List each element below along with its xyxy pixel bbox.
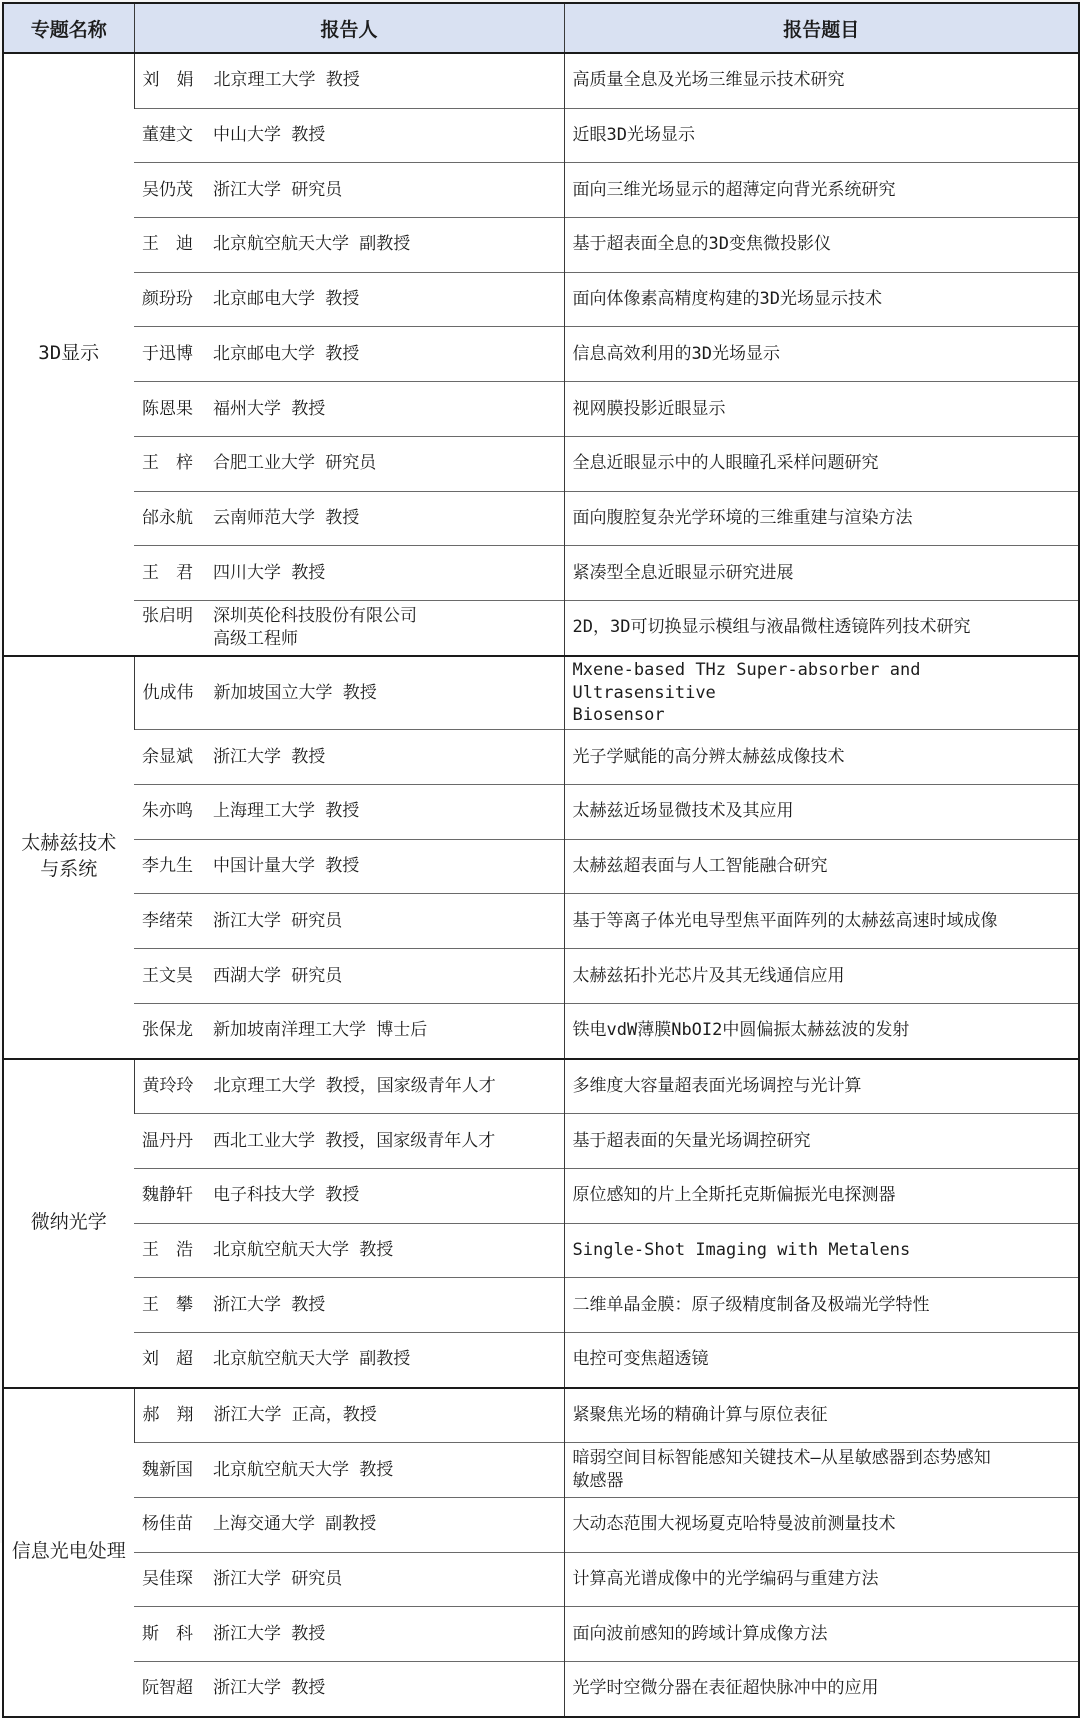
speaker-name: 吴仍茂 [142, 179, 193, 202]
talk-title: 视网膜投影近眼显示 [573, 398, 1073, 421]
talk-title: 面向腹腔复杂光学环境的三维重建与渲染方法 [573, 507, 1073, 530]
speaker-affiliation: 北京航空航天大学 副教授 [213, 1348, 410, 1371]
speaker-affiliation: 上海交通大学 副教授 [213, 1513, 376, 1536]
speaker-cell: 魏静轩电子科技大学 教授 [134, 1168, 564, 1223]
speaker-cell: 斯 科浙江大学 教授 [134, 1607, 564, 1662]
speaker-name: 温丹丹 [142, 1130, 193, 1153]
speaker-cell: 阮智超浙江大学 教授 [134, 1662, 564, 1717]
speaker-cell: 朱亦鸣上海理工大学 教授 [134, 785, 564, 840]
speaker-name: 王 浩 [142, 1239, 193, 1262]
talk-title: 基于超表面的矢量光场调控研究 [573, 1130, 1073, 1153]
table-row: 王文昊西湖大学 研究员太赫兹拓扑光芯片及其无线通信应用 [3, 949, 1079, 1004]
talk-title: 计算高光谱成像中的光学编码与重建方法 [573, 1568, 1073, 1591]
speaker-cell: 王 迪北京航空航天大学 副教授 [134, 218, 564, 273]
title-cell: 太赫兹超表面与人工智能融合研究 [564, 839, 1079, 894]
table-row: 吴仍茂浙江大学 研究员面向三维光场显示的超薄定向背光系统研究 [3, 163, 1079, 218]
speaker-cell: 颜玢玢北京邮电大学 教授 [134, 272, 564, 327]
table-row: 陈恩果福州大学 教授视网膜投影近眼显示 [3, 382, 1079, 437]
table-row: 颜玢玢北京邮电大学 教授面向体像素高精度构建的3D光场显示技术 [3, 272, 1079, 327]
speaker-name: 吴佳琛 [142, 1568, 193, 1591]
speaker-affiliation: 云南师范大学 教授 [213, 507, 359, 530]
speaker-name: 于迅博 [142, 343, 193, 366]
table-row: 董建文中山大学 教授近眼3D光场显示 [3, 108, 1079, 163]
speaker-cell: 张启明深圳英伦科技股份有限公司 高级工程师 [134, 600, 564, 655]
speaker-cell: 陈恩果福州大学 教授 [134, 382, 564, 437]
talk-title: Single-Shot Imaging with Metalens [573, 1239, 1073, 1262]
talk-title: 紧凑型全息近眼显示研究进展 [573, 562, 1073, 585]
column-header-topic: 专题名称 [3, 3, 134, 53]
title-cell: 太赫兹近场显微技术及其应用 [564, 785, 1079, 840]
talk-title: 信息高效利用的3D光场显示 [573, 343, 1073, 366]
talk-title: 高质量全息及光场三维显示技术研究 [573, 69, 1073, 92]
speaker-affiliation: 浙江大学 教授 [213, 1294, 325, 1317]
column-header-title: 报告题目 [564, 3, 1079, 53]
section-name: 太赫兹技术 与系统 [3, 656, 134, 1059]
speaker-cell: 吴仍茂浙江大学 研究员 [134, 163, 564, 218]
speaker-name: 王 君 [142, 562, 193, 585]
speaker-cell: 王 梓合肥工业大学 研究员 [134, 436, 564, 491]
talk-title: 面向三维光场显示的超薄定向背光系统研究 [573, 179, 1073, 202]
speaker-cell: 李九生中国计量大学 教授 [134, 839, 564, 894]
title-cell: 紧凑型全息近眼显示研究进展 [564, 546, 1079, 601]
speaker-name: 王文昊 [142, 965, 193, 988]
talk-title: 面向波前感知的跨域计算成像方法 [573, 1623, 1073, 1646]
speaker-affiliation: 北京邮电大学 教授 [213, 343, 359, 366]
speaker-name: 魏静轩 [142, 1184, 193, 1207]
speaker-name: 朱亦鸣 [142, 800, 193, 823]
talk-title: 原位感知的片上全斯托克斯偏振光电探测器 [573, 1184, 1073, 1207]
speaker-cell: 董建文中山大学 教授 [134, 108, 564, 163]
speaker-affiliation: 深圳英伦科技股份有限公司 高级工程师 [213, 605, 417, 651]
title-cell: 紧聚焦光场的精确计算与原位表征 [564, 1388, 1079, 1443]
speaker-affiliation: 浙江大学 教授 [213, 1677, 325, 1700]
speaker-cell: 李绪荣浙江大学 研究员 [134, 894, 564, 949]
title-cell: 近眼3D光场显示 [564, 108, 1079, 163]
table-row: 微纳光学黄玲玲北京理工大学 教授，国家级青年人才多维度大容量超表面光场调控与光计… [3, 1059, 1079, 1114]
table-row: 李九生中国计量大学 教授太赫兹超表面与人工智能融合研究 [3, 839, 1079, 894]
table-row: 3D显示刘 娟北京理工大学 教授高质量全息及光场三维显示技术研究 [3, 53, 1079, 108]
speaker-name: 李九生 [142, 855, 193, 878]
talk-title: 2D，3D可切换显示模组与液晶微柱透镜阵列技术研究 [573, 616, 1073, 639]
title-cell: 光子学赋能的高分辨太赫兹成像技术 [564, 730, 1079, 785]
program-table: 专题名称 报告人 报告题目 3D显示刘 娟北京理工大学 教授高质量全息及光场三维… [2, 2, 1080, 1718]
title-cell: 光学时空微分器在表征超快脉冲中的应用 [564, 1662, 1079, 1717]
speaker-name: 董建文 [142, 124, 193, 147]
talk-title: 暗弱空间目标智能感知关键技术—从星敏感器到态势感知 敏感器 [573, 1447, 1073, 1493]
talk-title: 太赫兹拓扑光芯片及其无线通信应用 [573, 965, 1073, 988]
talk-title: 近眼3D光场显示 [573, 124, 1073, 147]
speaker-name: 张启明 [142, 605, 193, 628]
speaker-affiliation: 北京邮电大学 教授 [213, 288, 359, 311]
speaker-name: 余显斌 [142, 746, 193, 769]
speaker-cell: 王文昊西湖大学 研究员 [134, 949, 564, 1004]
table-row: 王 攀浙江大学 教授二维单晶金膜：原子级精度制备及极端光学特性 [3, 1278, 1079, 1333]
title-cell: 视网膜投影近眼显示 [564, 382, 1079, 437]
speaker-cell: 余显斌浙江大学 教授 [134, 730, 564, 785]
title-cell: 基于超表面的矢量光场调控研究 [564, 1114, 1079, 1169]
speaker-affiliation: 西湖大学 研究员 [213, 965, 342, 988]
table-row: 李绪荣浙江大学 研究员基于等离子体光电导型焦平面阵列的太赫兹高速时域成像 [3, 894, 1079, 949]
title-cell: 太赫兹拓扑光芯片及其无线通信应用 [564, 949, 1079, 1004]
speaker-affiliation: 西北工业大学 教授，国家级青年人才 [213, 1130, 495, 1153]
header-row: 专题名称 报告人 报告题目 [3, 3, 1079, 53]
speaker-affiliation: 北京航空航天大学 副教授 [213, 233, 410, 256]
column-header-speaker: 报告人 [134, 3, 564, 53]
speaker-name: 王 梓 [142, 452, 193, 475]
title-cell: 面向波前感知的跨域计算成像方法 [564, 1607, 1079, 1662]
speaker-cell: 刘 娟北京理工大学 教授 [134, 53, 564, 108]
title-cell: 计算高光谱成像中的光学编码与重建方法 [564, 1552, 1079, 1607]
title-cell: 基于超表面全息的3D变焦微投影仪 [564, 218, 1079, 273]
table-row: 王 浩北京航空航天大学 教授Single-Shot Imaging with M… [3, 1223, 1079, 1278]
talk-title: 光学时空微分器在表征超快脉冲中的应用 [573, 1677, 1073, 1700]
title-cell: 高质量全息及光场三维显示技术研究 [564, 53, 1079, 108]
speaker-affiliation: 北京航空航天大学 教授 [213, 1239, 393, 1262]
table-row: 邰永航云南师范大学 教授面向腹腔复杂光学环境的三维重建与渲染方法 [3, 491, 1079, 546]
speaker-name: 斯 科 [142, 1623, 193, 1646]
speaker-name: 黄玲玲 [143, 1075, 194, 1098]
talk-title: 光子学赋能的高分辨太赫兹成像技术 [573, 746, 1073, 769]
talk-title: 大动态范围大视场夏克哈特曼波前测量技术 [573, 1513, 1073, 1536]
talk-title: 全息近眼显示中的人眼瞳孔采样问题研究 [573, 452, 1073, 475]
section-name: 3D显示 [3, 53, 134, 656]
title-cell: 多维度大容量超表面光场调控与光计算 [564, 1059, 1079, 1114]
title-cell: 原位感知的片上全斯托克斯偏振光电探测器 [564, 1168, 1079, 1223]
title-cell: 面向体像素高精度构建的3D光场显示技术 [564, 272, 1079, 327]
speaker-cell: 郝 翔浙江大学 正高，教授 [134, 1388, 564, 1443]
table-row: 魏新国北京航空航天大学 教授暗弱空间目标智能感知关键技术—从星敏感器到态势感知 … [3, 1443, 1079, 1498]
title-cell: Single-Shot Imaging with Metalens [564, 1223, 1079, 1278]
talk-title: 电控可变焦超透镜 [573, 1348, 1073, 1371]
title-cell: 二维单晶金膜：原子级精度制备及极端光学特性 [564, 1278, 1079, 1333]
table-row: 于迅博北京邮电大学 教授信息高效利用的3D光场显示 [3, 327, 1079, 382]
speaker-affiliation: 北京航空航天大学 教授 [213, 1459, 393, 1482]
speaker-name: 王 迪 [142, 233, 193, 256]
speaker-affiliation: 新加坡国立大学 教授 [214, 682, 377, 705]
speaker-cell: 王 君四川大学 教授 [134, 546, 564, 601]
table-row: 余显斌浙江大学 教授光子学赋能的高分辨太赫兹成像技术 [3, 730, 1079, 785]
speaker-affiliation: 福州大学 教授 [213, 398, 325, 421]
speaker-name: 颜玢玢 [142, 288, 193, 311]
speaker-name: 阮智超 [142, 1677, 193, 1700]
speaker-name: 魏新国 [142, 1459, 193, 1482]
speaker-cell: 仇成伟新加坡国立大学 教授 [134, 656, 564, 730]
title-cell: 全息近眼显示中的人眼瞳孔采样问题研究 [564, 436, 1079, 491]
title-cell: 信息高效利用的3D光场显示 [564, 327, 1079, 382]
title-cell: 面向腹腔复杂光学环境的三维重建与渲染方法 [564, 491, 1079, 546]
speaker-cell: 吴佳琛浙江大学 研究员 [134, 1552, 564, 1607]
speaker-cell: 邰永航云南师范大学 教授 [134, 491, 564, 546]
table-row: 阮智超浙江大学 教授光学时空微分器在表征超快脉冲中的应用 [3, 1662, 1079, 1717]
table-row: 信息光电处理郝 翔浙江大学 正高，教授紧聚焦光场的精确计算与原位表征 [3, 1388, 1079, 1443]
talk-title: 太赫兹近场显微技术及其应用 [573, 800, 1073, 823]
speaker-affiliation: 浙江大学 研究员 [213, 179, 342, 202]
title-cell: 铁电vdW薄膜NbOI2中圆偏振太赫兹波的发射 [564, 1003, 1079, 1058]
speaker-cell: 温丹丹西北工业大学 教授，国家级青年人才 [134, 1114, 564, 1169]
table-row: 斯 科浙江大学 教授面向波前感知的跨域计算成像方法 [3, 1607, 1079, 1662]
title-cell: 大动态范围大视场夏克哈特曼波前测量技术 [564, 1498, 1079, 1553]
speaker-affiliation: 浙江大学 教授 [213, 746, 325, 769]
speaker-cell: 魏新国北京航空航天大学 教授 [134, 1443, 564, 1498]
table-row: 魏静轩电子科技大学 教授原位感知的片上全斯托克斯偏振光电探测器 [3, 1168, 1079, 1223]
table-body: 3D显示刘 娟北京理工大学 教授高质量全息及光场三维显示技术研究董建文中山大学 … [3, 53, 1079, 1717]
speaker-affiliation: 浙江大学 教授 [213, 1623, 325, 1646]
title-cell: Mxene-based THz Super-absorber and Ultra… [564, 656, 1079, 730]
speaker-cell: 刘 超北京航空航天大学 副教授 [134, 1332, 564, 1387]
table-row: 杨佳苗上海交通大学 副教授大动态范围大视场夏克哈特曼波前测量技术 [3, 1498, 1079, 1553]
table-row: 朱亦鸣上海理工大学 教授太赫兹近场显微技术及其应用 [3, 785, 1079, 840]
title-cell: 面向三维光场显示的超薄定向背光系统研究 [564, 163, 1079, 218]
speaker-name: 杨佳苗 [142, 1513, 193, 1536]
title-cell: 暗弱空间目标智能感知关键技术—从星敏感器到态势感知 敏感器 [564, 1443, 1079, 1498]
speaker-affiliation: 中山大学 教授 [213, 124, 325, 147]
speaker-affiliation: 四川大学 教授 [213, 562, 325, 585]
speaker-affiliation: 上海理工大学 教授 [213, 800, 359, 823]
speaker-affiliation: 北京理工大学 教授 [214, 69, 360, 92]
speaker-affiliation: 新加坡南洋理工大学 博士后 [213, 1019, 427, 1042]
speaker-affiliation: 浙江大学 研究员 [213, 910, 342, 933]
speaker-name: 郝 翔 [143, 1404, 194, 1427]
speaker-name: 刘 超 [142, 1348, 193, 1371]
speaker-affiliation: 电子科技大学 教授 [213, 1184, 359, 1207]
speaker-cell: 王 浩北京航空航天大学 教授 [134, 1223, 564, 1278]
talk-title: 铁电vdW薄膜NbOI2中圆偏振太赫兹波的发射 [573, 1019, 1073, 1042]
speaker-affiliation: 北京理工大学 教授，国家级青年人才 [214, 1075, 496, 1098]
table-row: 吴佳琛浙江大学 研究员计算高光谱成像中的光学编码与重建方法 [3, 1552, 1079, 1607]
speaker-affiliation: 合肥工业大学 研究员 [213, 452, 376, 475]
table-row: 刘 超北京航空航天大学 副教授电控可变焦超透镜 [3, 1332, 1079, 1387]
speaker-name: 刘 娟 [143, 69, 194, 92]
speaker-cell: 于迅博北京邮电大学 教授 [134, 327, 564, 382]
talk-title: 紧聚焦光场的精确计算与原位表征 [573, 1404, 1073, 1427]
table-row: 太赫兹技术 与系统仇成伟新加坡国立大学 教授Mxene-based THz Su… [3, 656, 1079, 730]
speaker-cell: 黄玲玲北京理工大学 教授，国家级青年人才 [134, 1059, 564, 1114]
table-header: 专题名称 报告人 报告题目 [3, 3, 1079, 53]
speaker-name: 陈恩果 [142, 398, 193, 421]
talk-title: 二维单晶金膜：原子级精度制备及极端光学特性 [573, 1294, 1073, 1317]
speaker-name: 仇成伟 [143, 682, 194, 705]
table-row: 张保龙新加坡南洋理工大学 博士后铁电vdW薄膜NbOI2中圆偏振太赫兹波的发射 [3, 1003, 1079, 1058]
speaker-affiliation: 中国计量大学 教授 [213, 855, 359, 878]
table-row: 王 君四川大学 教授紧凑型全息近眼显示研究进展 [3, 546, 1079, 601]
section-name: 信息光电处理 [3, 1388, 134, 1717]
table-row: 张启明深圳英伦科技股份有限公司 高级工程师2D，3D可切换显示模组与液晶微柱透镜… [3, 600, 1079, 655]
page: 专题名称 报告人 报告题目 3D显示刘 娟北京理工大学 教授高质量全息及光场三维… [0, 0, 1080, 1543]
speaker-cell: 王 攀浙江大学 教授 [134, 1278, 564, 1333]
speaker-name: 王 攀 [142, 1294, 193, 1317]
talk-title: 多维度大容量超表面光场调控与光计算 [573, 1075, 1073, 1098]
speaker-name: 李绪荣 [142, 910, 193, 933]
talk-title: 太赫兹超表面与人工智能融合研究 [573, 855, 1073, 878]
table-row: 王 梓合肥工业大学 研究员全息近眼显示中的人眼瞳孔采样问题研究 [3, 436, 1079, 491]
speaker-name: 邰永航 [142, 507, 193, 530]
table-row: 王 迪北京航空航天大学 副教授基于超表面全息的3D变焦微投影仪 [3, 218, 1079, 273]
speaker-name: 张保龙 [142, 1019, 193, 1042]
speaker-cell: 张保龙新加坡南洋理工大学 博士后 [134, 1003, 564, 1058]
talk-title: Mxene-based THz Super-absorber and Ultra… [573, 659, 1073, 728]
section-name: 微纳光学 [3, 1059, 134, 1388]
speaker-cell: 杨佳苗上海交通大学 副教授 [134, 1498, 564, 1553]
title-cell: 2D，3D可切换显示模组与液晶微柱透镜阵列技术研究 [564, 600, 1079, 655]
talk-title: 基于超表面全息的3D变焦微投影仪 [573, 233, 1073, 256]
table-row: 温丹丹西北工业大学 教授，国家级青年人才基于超表面的矢量光场调控研究 [3, 1114, 1079, 1169]
title-cell: 电控可变焦超透镜 [564, 1332, 1079, 1387]
speaker-affiliation: 浙江大学 正高，教授 [214, 1404, 377, 1427]
title-cell: 基于等离子体光电导型焦平面阵列的太赫兹高速时域成像 [564, 894, 1079, 949]
talk-title: 面向体像素高精度构建的3D光场显示技术 [573, 288, 1073, 311]
talk-title: 基于等离子体光电导型焦平面阵列的太赫兹高速时域成像 [573, 910, 1073, 933]
speaker-affiliation: 浙江大学 研究员 [213, 1568, 342, 1591]
